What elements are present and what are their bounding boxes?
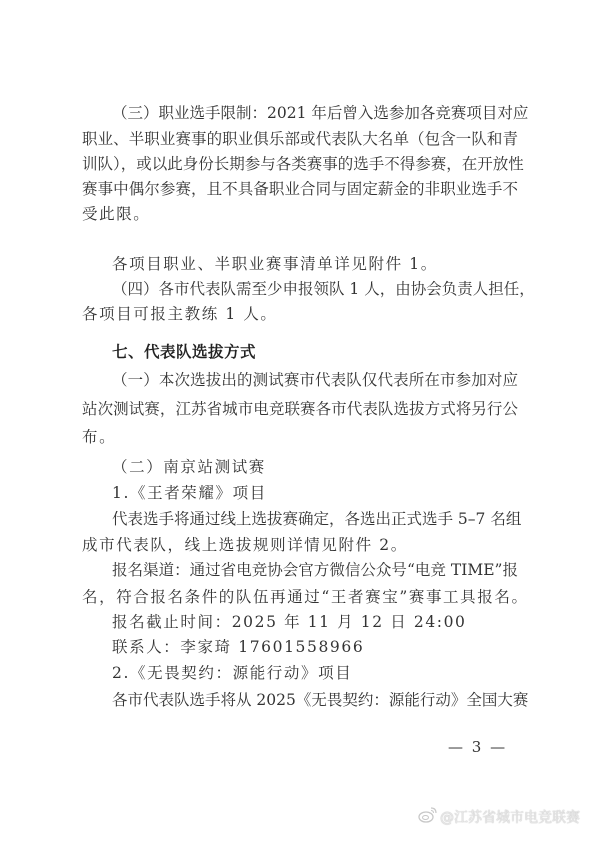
text-line: 站次测试赛，江苏省城市电竞联赛各市代表队选拔方式将另行公 (82, 399, 518, 419)
weibo-logo-icon (418, 806, 438, 824)
text-line: 代表选手将通过线上选拔赛确定，各选出正式选手 5–7 名组 (112, 509, 518, 529)
text-line: （二）南京站测试赛 (112, 457, 518, 477)
text-line: 赛事中偶尔参赛，且不具备职业合同与固定薪金的非职业选手不 (82, 179, 518, 199)
text-line: 报名渠道：通过省电竞协会官方微信公众号“电竞 TIME”报 (112, 560, 518, 580)
watermark-text: @江苏省城市电竞联赛 (440, 807, 580, 827)
text-line: （三）职业选手限制：2021 年后曾入选参加各竞赛项目对应 (112, 103, 518, 123)
text-line: 各项目可报主教练 1 人。 (82, 304, 518, 324)
text-line: 受此限。 (82, 204, 518, 224)
text-line: （一）本次选拔出的测试赛市代表队仅代表所在市参加对应 (112, 370, 518, 390)
text-line: 报名截止时间：2025 年 11 月 12 日 24:00 (112, 612, 518, 632)
text-line: 2.《无畏契约：源能行动》项目 (112, 663, 518, 683)
text-line: 训队），或以此身份长期参与各类赛事的选手不得参赛，在开放性 (82, 154, 518, 174)
text-line: 各市代表队选手将从 2025《无畏契约：源能行动》全国大赛 (112, 690, 518, 710)
text-line: （四）各市代表队需至少申报领队 1 人，由协会负责人担任， (112, 279, 518, 299)
text-line: 职业、半职业赛事的职业俱乐部或代表队大名单（包含一队和青 (82, 129, 518, 149)
text-line: 布。 (82, 427, 518, 447)
text-line: 名，符合报名条件的队伍再通过“王者赛宝”赛事工具报名。 (82, 587, 518, 607)
page-number: — 3 — (448, 738, 507, 756)
text-line: 联系人：李家琦 17601558966 (112, 637, 518, 657)
section-heading: 七、代表队选拔方式 (112, 342, 518, 362)
text-line: 1.《王者荣耀》项目 (112, 483, 518, 503)
text-line: 成市代表队，线上选拔规则详情见附件 2。 (82, 535, 518, 555)
text-line: 各项目职业、半职业赛事清单详见附件 1。 (112, 254, 518, 274)
